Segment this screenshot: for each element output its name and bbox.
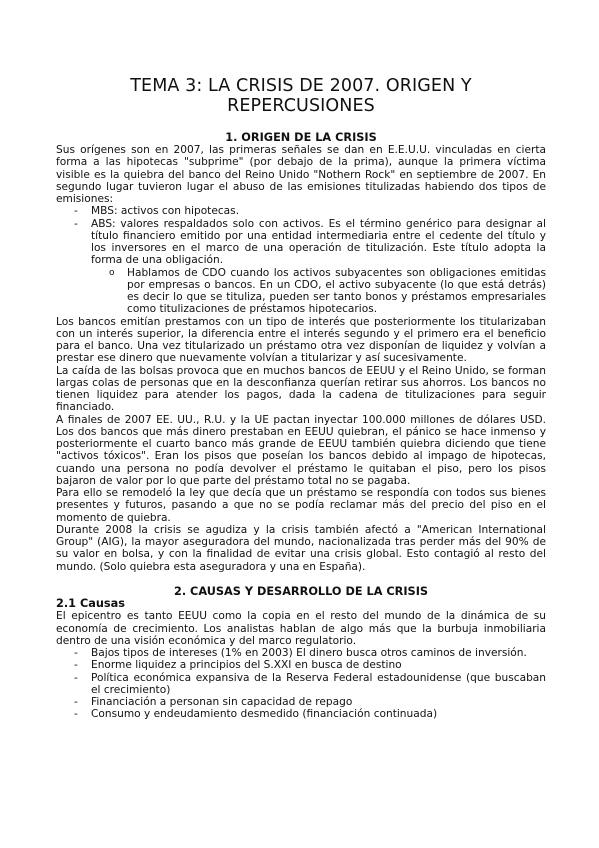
paragraph: El epicentro es tanto EEUU como la copia…	[56, 610, 546, 647]
section-heading: 1. ORIGEN DE LA CRISIS	[56, 131, 546, 144]
list-item-text: Enorme liquidez a principios del S.XXI e…	[91, 659, 402, 671]
dash-bullet-icon: -	[74, 659, 78, 671]
dash-bullet-icon: -	[74, 205, 78, 217]
list-item: - ABS: valores respaldados solo con acti…	[56, 218, 546, 316]
list-item-text: Financiación a personan sin capacidad de…	[91, 696, 352, 708]
paragraph: La caída de las bolsas provoca que en mu…	[56, 365, 546, 414]
list-item-text: MBS: activos con hipotecas.	[91, 205, 239, 217]
list-item-text: ABS: valores respaldados solo con activo…	[91, 218, 546, 267]
dash-bullet-icon: -	[74, 218, 78, 230]
list-item: o Hablamos de CDO cuando los activos sub…	[91, 267, 546, 316]
paragraph: Durante 2008 la crisis se agudiza y la c…	[56, 524, 546, 573]
subsection-heading: 2.1 Causas	[56, 598, 546, 611]
section-origen: 1. ORIGEN DE LA CRISIS Sus orígenes son …	[56, 131, 546, 573]
list-item: - Consumo y endeudamiento desmedido (fin…	[56, 708, 546, 720]
sub-bullet-list: o Hablamos de CDO cuando los activos sub…	[91, 267, 546, 316]
list-item: - Política económica expansiva de la Res…	[56, 672, 546, 697]
document-page: TEMA 3: LA CRISIS DE 2007. ORIGEN Y REPE…	[56, 76, 546, 721]
list-item: - Financiación a personan sin capacidad …	[56, 696, 546, 708]
list-item-text: Consumo y endeudamiento desmedido (finan…	[91, 708, 437, 720]
paragraph: Para ello se remodeló la ley que decía q…	[56, 487, 546, 524]
list-item-text: Hablamos de CDO cuando los activos subya…	[127, 267, 546, 316]
dash-bullet-icon: -	[74, 696, 78, 708]
paragraph: Sus orígenes son en 2007, las primeras s…	[56, 144, 546, 205]
section-causas: 2. CAUSAS Y DESARROLLO DE LA CRISIS 2.1 …	[56, 585, 546, 721]
list-item: - MBS: activos con hipotecas.	[56, 205, 546, 217]
list-item: - Bajos tipos de intereses (1% en 2003) …	[56, 647, 546, 659]
dash-bullet-icon: -	[74, 647, 78, 659]
document-title: TEMA 3: LA CRISIS DE 2007. ORIGEN Y REPE…	[56, 76, 546, 116]
bullet-list: - MBS: activos con hipotecas. - ABS: val…	[56, 205, 546, 315]
list-item-text: Política económica expansiva de la Reser…	[91, 672, 546, 696]
paragraph: Los bancos emitían prestamos con un tipo…	[56, 316, 546, 365]
section-heading: 2. CAUSAS Y DESARROLLO DE LA CRISIS	[56, 585, 546, 598]
dash-bullet-icon: -	[74, 708, 78, 720]
list-item: - Enorme liquidez a principios del S.XXI…	[56, 659, 546, 671]
list-item-text: Bajos tipos de intereses (1% en 2003) El…	[91, 647, 527, 659]
dash-bullet-icon: -	[74, 672, 78, 684]
paragraph: A finales de 2007 EE. UU., R.U. y la UE …	[56, 414, 546, 488]
circle-bullet-icon: o	[109, 267, 115, 279]
bullet-list: - Bajos tipos de intereses (1% en 2003) …	[56, 647, 546, 721]
